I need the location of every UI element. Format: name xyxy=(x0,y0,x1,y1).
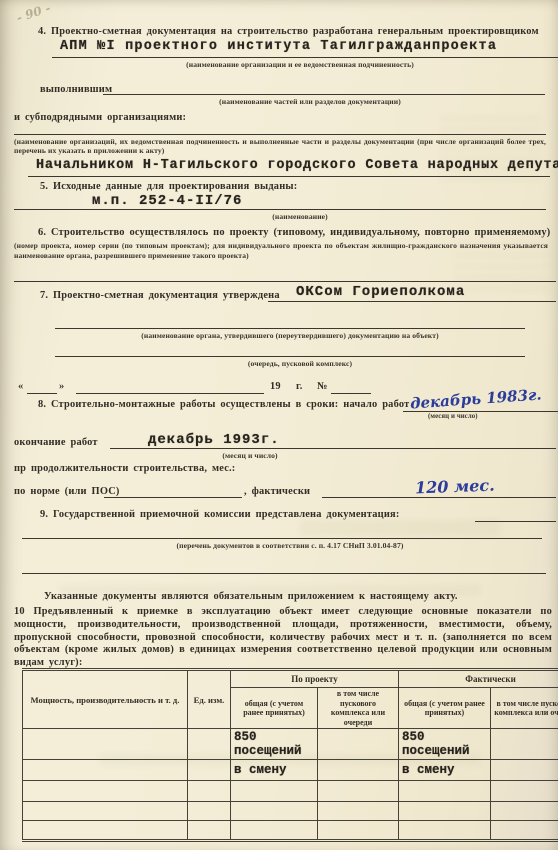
item7-caption-queue: (очередь, пусковой комплекс) xyxy=(150,359,450,368)
fill-line xyxy=(104,497,242,498)
item8-end-typed-value: декабрь 1993г. xyxy=(148,432,280,448)
date-year-suffix: г. xyxy=(296,381,303,392)
item8-label: 8. Строительно-монтажные работы осуществ… xyxy=(38,399,409,410)
table-header-actual-launch: в том числе пускового комплекса или очер… xyxy=(491,688,558,729)
pencil-page-number: - 90 - xyxy=(15,1,53,25)
table-header-group-project: По проекту xyxy=(231,670,399,688)
item7-label: 7. Проектно-сметная документация утвержд… xyxy=(40,290,280,301)
item5-typed-value: м.п. 252-4-II/76 xyxy=(92,193,242,209)
item8-duration-label: пр продолжительности строительства, мес.… xyxy=(14,463,235,474)
table-header-project-launch: в том числе пускового комплекса или очер… xyxy=(318,688,399,729)
table-header-unit: Ед. изм. xyxy=(188,670,231,729)
executor-label: выполнившим xyxy=(40,84,112,95)
fill-line xyxy=(103,94,545,95)
cell-project-total xyxy=(231,802,318,821)
indicators-table: Мощность, производительность и т. д. Ед.… xyxy=(22,668,558,842)
item8-start-handwritten: декабрь 1983г. xyxy=(410,385,543,412)
item8-start-caption: (месяц и число) xyxy=(428,413,478,420)
item9-caption: (перечень документов в соответствии с. п… xyxy=(90,541,490,550)
fill-line xyxy=(14,209,546,210)
date-year-prefix: 19 xyxy=(270,381,281,392)
fill-line xyxy=(22,538,542,539)
item5-label: 5. Исходные данные для проектирования вы… xyxy=(40,181,297,192)
indicators-table-wrap: Мощность, производительность и т. д. Ед.… xyxy=(22,668,558,842)
table-header-capacity: Мощность, производительность и т. д. xyxy=(23,670,188,729)
item10-label: 10 Предъявленный к приемке в эксплуатаци… xyxy=(14,606,552,670)
item4-caption: (наименование организации и ее ведомстве… xyxy=(120,60,480,69)
cell-project-total xyxy=(231,821,318,841)
fill-line xyxy=(14,281,556,282)
item9-label: 9. Государственной приемочной комиссии п… xyxy=(40,509,400,520)
item7-typed-value: ОКСом Гориеполкома xyxy=(296,284,465,300)
table-row: 850 посещений 850 посещений xyxy=(23,729,558,760)
fill-line xyxy=(52,57,558,58)
cell-actual-total: в смену xyxy=(399,760,491,781)
cell-actual-total xyxy=(399,821,491,841)
date-quote-open: « xyxy=(18,381,23,392)
subcontractors-caption: (наименование организаций, их ведомствен… xyxy=(14,137,546,156)
scanned-act-page: - 90 - 4. Проектно-сметная документация … xyxy=(0,0,558,850)
fill-line xyxy=(14,134,546,135)
item8-end-label: окончание работ xyxy=(14,437,98,448)
item6-caption: (номер проекта, номер серии (по типовым … xyxy=(14,241,548,261)
table-row xyxy=(23,821,558,841)
table-header-group-actual: Фактически xyxy=(399,670,558,688)
table-row: в смену в смену xyxy=(23,760,558,781)
table-header-actual-total: общая (с учетом ранее принятых) xyxy=(399,688,491,729)
table-row xyxy=(23,781,558,802)
fill-line xyxy=(110,448,556,449)
item5-caption: (наименование) xyxy=(200,212,400,221)
fill-line xyxy=(27,393,57,394)
date-number-sign: № xyxy=(317,381,328,392)
cell-actual-total: 850 посещений xyxy=(399,729,491,760)
table-row xyxy=(23,802,558,821)
fill-line xyxy=(28,176,550,177)
item8-norm-label: по норме (или ПОС) xyxy=(14,486,120,497)
cell-project-total: в смену xyxy=(231,760,318,781)
item7-caption-org: (наименование органа, утвердившего (пере… xyxy=(80,331,500,340)
fill-line xyxy=(55,328,525,329)
cell-actual-total xyxy=(399,781,491,802)
fill-line xyxy=(22,573,546,574)
fill-line xyxy=(331,393,371,394)
fill-line xyxy=(475,521,556,522)
item8-end-caption: (месяц и число) xyxy=(175,451,325,460)
subcontractors-typed-value: Начальником Н-Тагильского городского Сов… xyxy=(36,158,558,173)
table-header-project-total: общая (с учетом ранее принятых) xyxy=(231,688,318,729)
cell-project-total xyxy=(231,781,318,802)
bleedthrough-smudge xyxy=(300,520,500,536)
executor-caption: (наименование частей или разделов докуме… xyxy=(150,97,470,106)
fill-line xyxy=(76,393,264,394)
subcontractors-label: и субподрядными организациями: xyxy=(14,112,186,123)
item4-label: 4. Проектно-сметная документация на стро… xyxy=(38,26,558,37)
item8-actual-label: , фактически xyxy=(244,486,310,497)
fill-line xyxy=(55,356,525,357)
date-quote-close: » xyxy=(59,381,64,392)
cell-actual-total xyxy=(399,802,491,821)
item4-typed-value: АПМ №I проектного института Тагилграждан… xyxy=(60,39,497,54)
item8-actual-handwritten: 120 мес. xyxy=(415,476,495,498)
cell-project-total: 850 посещений xyxy=(231,729,318,760)
documents-note: Указанные документы являются обязательны… xyxy=(44,591,458,602)
fill-line xyxy=(268,301,556,302)
item6-label: 6. Строительство осуществлялось по проек… xyxy=(38,227,558,238)
fill-line xyxy=(322,497,556,498)
